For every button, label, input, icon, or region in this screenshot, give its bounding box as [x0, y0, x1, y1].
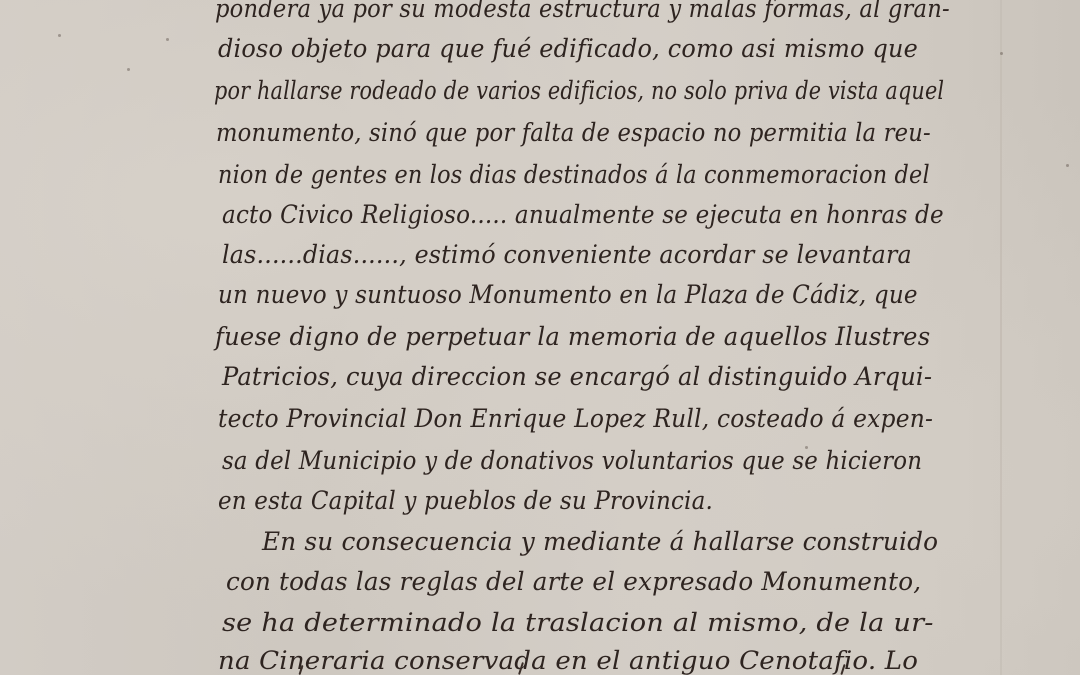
manuscript-line-14: En su consecuencia y mediante á hallarse… [262, 527, 938, 556]
manuscript-line-12: sa del Municipio y de donativos voluntar… [222, 446, 922, 475]
manuscript-line-5: nion de gentes en los dias destinados á … [218, 160, 930, 189]
manuscript-line-13: en esta Capital y pueblos de su Provinci… [218, 486, 713, 515]
manuscript-line-1: pondera ya por su modesta estructura y m… [215, 0, 950, 23]
manuscript-line-17: na Cineraria conservada en el antiguo Ce… [218, 646, 918, 675]
manuscript-line-8: un nuevo y suntuoso Monumento en la Plaz… [218, 280, 918, 309]
manuscript-line-16: se ha determinado la traslacion al mismo… [222, 608, 934, 637]
manuscript-line-6: acto Civico Religioso..... anualmente se… [222, 200, 944, 229]
manuscript-line-2: dioso objeto para que fué edificado, com… [218, 34, 918, 63]
manuscript-line-3: por hallarse rodeado de varios edificios… [214, 76, 944, 105]
manuscript-line-11: tecto Provincial Don Enrique Lopez Rull,… [218, 404, 933, 433]
handwritten-text-block: pondera ya por su modesta estructura y m… [0, 0, 1080, 675]
manuscript-line-4: monumento, sinó que por falta de espacio… [216, 118, 931, 147]
manuscript-line-10: Patricios, cuya direccion se encargó al … [222, 362, 932, 391]
manuscript-line-7: las......dias......, estimó conveniente … [222, 240, 912, 269]
manuscript-line-15: con todas las reglas del arte el expresa… [226, 567, 921, 596]
manuscript-line-9: fuese digno de perpetuar la memoria de a… [215, 322, 930, 351]
